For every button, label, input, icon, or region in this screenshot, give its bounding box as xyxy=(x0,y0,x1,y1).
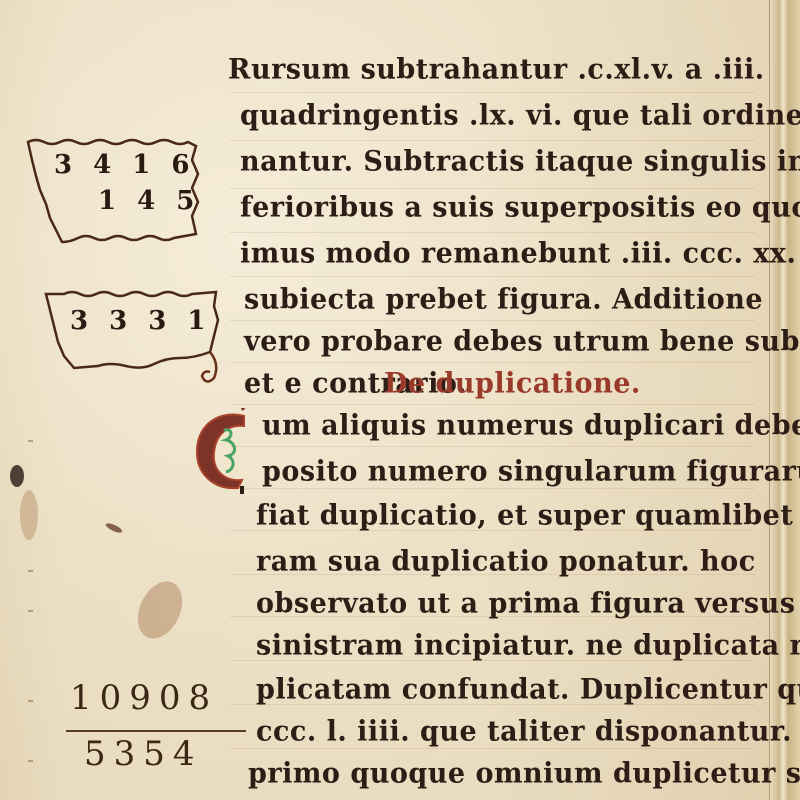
section-line-5: observato ut a prima figura versus xyxy=(256,587,795,620)
section-line-3: fiat duplicatio, et super quamlibet figu xyxy=(256,499,800,532)
prick-mark xyxy=(28,440,33,442)
text-line-4: ferioribus a suis superpositis eo quo pr… xyxy=(240,191,800,224)
margin-numerals-top: 3 4 1 6 xyxy=(54,150,196,180)
ruling-line xyxy=(230,320,755,321)
prick-mark xyxy=(28,760,33,762)
margin-numerals: 3 3 3 1 xyxy=(70,306,212,336)
ruling-line xyxy=(230,488,755,489)
section-line-2: posito numero singularum figurarum xyxy=(262,455,800,488)
margin-sum-result: 10908 xyxy=(70,678,218,718)
section-line-7: plicatam confundat. Duplicentur quinque … xyxy=(256,673,800,706)
wavy-frame-icon xyxy=(44,286,224,396)
ruling-line xyxy=(230,362,755,363)
section-line-1: um aliquis numerus duplicari debet, xyxy=(262,409,800,442)
prick-mark xyxy=(28,610,33,612)
section-line-4: ram sua duplicatio ponatur. hoc xyxy=(256,545,756,578)
stain xyxy=(20,490,38,540)
ruling-line xyxy=(230,140,755,141)
margin-numeral-box-2: 3 3 3 1 xyxy=(44,286,224,396)
margin-numerals-bottom: 1 4 5 xyxy=(98,186,200,216)
text-line-7: vero probare debes utrum bene subtraxeri… xyxy=(244,325,800,358)
ruling-line xyxy=(230,188,755,189)
ink-blot xyxy=(10,465,24,487)
prick-mark xyxy=(28,700,33,702)
decorated-initial-c xyxy=(192,408,254,494)
ruling-line xyxy=(230,404,755,405)
section-line-8: ccc. l. iiii. que taliter disponantur. 5… xyxy=(256,715,800,748)
margin-numeral-box-1: 3 4 1 6 1 4 5 xyxy=(24,130,204,248)
ruling-line xyxy=(230,446,755,447)
rubric-heading: De duplicatione. xyxy=(384,367,641,400)
text-line-1: Rursum subtrahantur .c.xl.v. a .iii. xyxy=(228,53,765,86)
text-line-2: quadringentis .lx. vi. que tali ordine d… xyxy=(240,99,800,132)
section-line-9: primo quoque omnium duplicetur septenari… xyxy=(248,757,800,790)
text-line-3: nantur. Subtractis itaque singulis in- xyxy=(240,145,800,178)
ruling-line xyxy=(230,276,755,277)
section-line-6: sinistram incipiatur. ne duplicata redu xyxy=(256,629,800,662)
text-line-6: subiecta prebet figura. Additione xyxy=(244,283,763,316)
margin-sum-operand: 5354 xyxy=(84,734,203,774)
ruling-line xyxy=(230,748,755,749)
ruling-line xyxy=(230,232,755,233)
sum-rule-line xyxy=(66,730,246,732)
ruling-line xyxy=(230,92,755,93)
text-line-5: imus modo remanebunt .iii. ccc. xx. i. u… xyxy=(240,237,800,270)
prick-mark xyxy=(28,570,33,572)
